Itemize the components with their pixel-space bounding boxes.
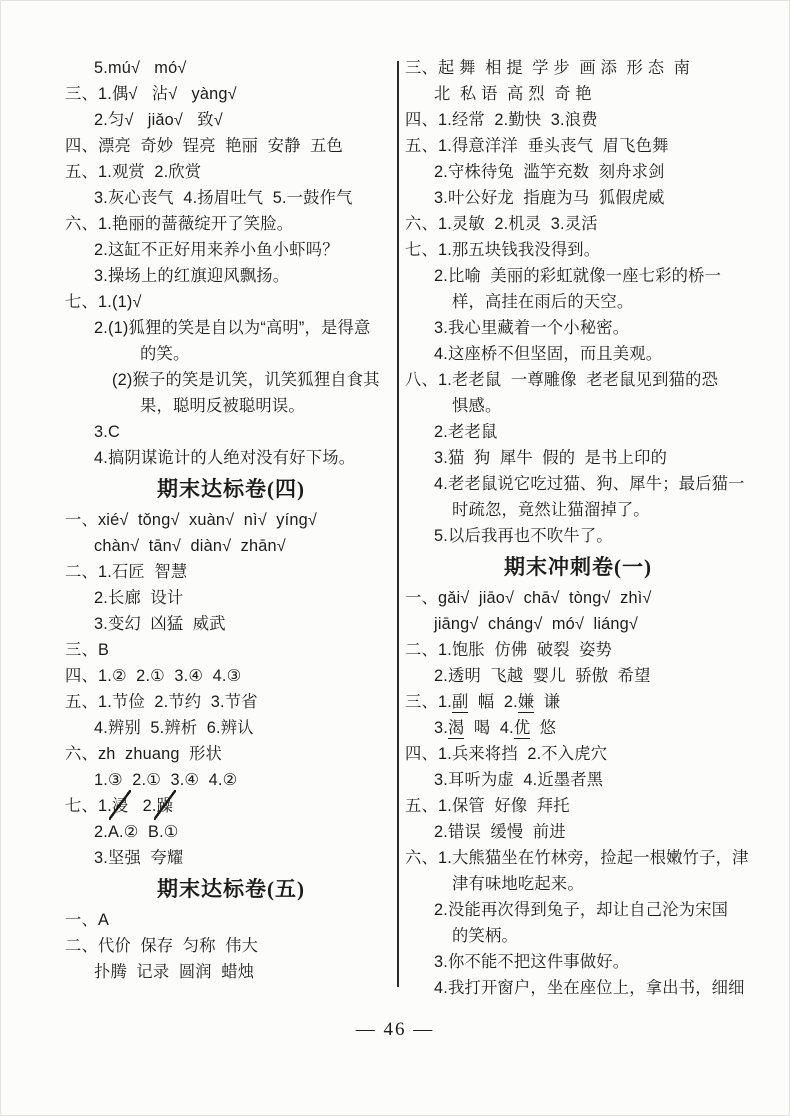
answer-line: 五、1.得意洋洋 垂头丧气 眉飞色舞: [405, 133, 751, 159]
underlined-answer: 副: [452, 692, 468, 713]
answer-line: 2.没能再次得到兔子，却让自己沦为宋国: [405, 897, 751, 923]
answers-column-right: 三、起 舞 相 提 学 步 画 添 形 态 南北 私 语 高 烈 奇 艳四、1.…: [405, 55, 751, 1001]
answer-line: 四、漂亮 奇妙 锃亮 艳丽 安静 五色: [65, 133, 397, 159]
answer-line: 4.这座桥不但坚固，而且美观。: [405, 341, 751, 367]
answer-line: (2)猴子的笑是讥笑，讥笑狐狸自食其: [65, 367, 397, 393]
answer-line: 三、B: [65, 637, 397, 663]
answer-line: 四、1.兵来将挡 2.不入虎穴: [405, 741, 751, 767]
answer-line: 一、gǎi√ jiāo√ chā√ tòng√ zhì√: [405, 585, 751, 611]
answer-line: 3.C: [65, 419, 397, 445]
answer-line: 一、A: [65, 907, 397, 933]
answer-line: 4.老老鼠说它吃过猫、狗、犀牛；最后猫一: [405, 471, 751, 497]
page-number: — 46 —: [1, 1019, 789, 1041]
answer-line: 北 私 语 高 烈 奇 艳: [405, 81, 751, 107]
answer-line: 五、1.节俭 2.节约 3.节省: [65, 689, 397, 715]
answer-line: 二、代价 保存 匀称 伟大: [65, 933, 397, 959]
answer-text: 三、1.: [405, 693, 452, 711]
answer-line: 2.比喻 美丽的彩虹就像一座七彩的桥一: [405, 263, 751, 289]
answer-text: 悠: [530, 719, 556, 737]
answer-line: 4.我打开窗户，坐在座位上，拿出书，细细: [405, 975, 751, 1001]
answer-line: 的笑柄。: [405, 923, 751, 949]
answer-line: 2.守株待兔 滥竽充数 刻舟求剑: [405, 159, 751, 185]
answer-line: 八、1.老老鼠 一尊雕像 老老鼠见到猫的恐: [405, 367, 751, 393]
underlined-answer: 嫌: [518, 692, 534, 713]
answer-line: 4.辨别 5.辨析 6.辨认: [65, 715, 397, 741]
answer-line: 3.灰心丧气 4.扬眉吐气 5.一鼓作气: [65, 185, 397, 211]
answer-line: 三、1.副 幅 2.嫌 谦: [405, 689, 751, 715]
answer-line: chàn√ tān√ diàn√ zhān√: [65, 533, 397, 559]
answer-line: 果，聪明反被聪明误。: [65, 393, 397, 419]
answer-line: 3.你不能不把这件事做好。: [405, 949, 751, 975]
section-heading: 期末达标卷(五): [65, 873, 397, 906]
answer-line: 六、1.大熊猫坐在竹林旁，捡起一根嫩竹子，津: [405, 845, 751, 871]
answer-line: 2.这缸不正好用来养小鱼小虾吗？: [65, 237, 397, 263]
crossed-out-answer: 躁: [157, 793, 173, 819]
crossed-out-answer: 浸: [112, 793, 128, 819]
answer-text: 2.: [128, 797, 156, 815]
answer-line: 七、1.(1)√: [65, 289, 397, 315]
answer-line: 的笑。: [65, 341, 397, 367]
answer-line: 惧感。: [405, 393, 751, 419]
answer-line: 二、1.饱胀 仿佛 破裂 姿势: [405, 637, 751, 663]
answer-line: 六、zh zhuang 形状: [65, 741, 397, 767]
answer-line: 四、1.经常 2.勤快 3.浪费: [405, 107, 751, 133]
answer-line: 2.透明 飞越 婴儿 骄傲 希望: [405, 663, 751, 689]
answer-line: 三、起 舞 相 提 学 步 画 添 形 态 南: [405, 55, 751, 81]
answer-line: 2.A.② B.①: [65, 819, 397, 845]
underlined-answer: 优: [514, 718, 530, 739]
section-heading: 期末达标卷(四): [65, 473, 397, 506]
answer-line: 2.(1)狐狸的笑是自以为“高明”，是得意: [65, 315, 397, 341]
answer-line: 3.猫 狗 犀牛 假的 是书上印的: [405, 445, 751, 471]
answer-line: 5.以后我再也不吹牛了。: [405, 523, 751, 549]
section-heading: 期末冲刺卷(一): [405, 551, 751, 584]
answer-line: 2.长廊 设计: [65, 585, 397, 611]
answer-line: 2.错误 缓慢 前进: [405, 819, 751, 845]
answer-line: 4.搞阴谋诡计的人绝对没有好下场。: [65, 445, 397, 471]
answers-column-left: 5.mú√ mó√三、1.偶√ 沾√ yàng√2.匀√ jiǎo√ 致√四、漂…: [65, 55, 397, 985]
answer-line: 五、1.观赏 2.欣赏: [65, 159, 397, 185]
answer-line: 三、1.偶√ 沾√ yàng√: [65, 81, 397, 107]
answer-line: 5.mú√ mó√: [65, 55, 397, 81]
answer-text: 幅 2.: [468, 693, 517, 711]
answer-line: 3.坚强 夸耀: [65, 845, 397, 871]
answer-key-page: 5.mú√ mó√三、1.偶√ 沾√ yàng√2.匀√ jiǎo√ 致√四、漂…: [0, 0, 790, 1116]
answer-text: 谦: [534, 693, 560, 711]
answer-text: 喝 4.: [464, 719, 513, 737]
answer-line: 3.变幻 凶猛 威武: [65, 611, 397, 637]
answer-line: 2.老老鼠: [405, 419, 751, 445]
answer-line: 3.我心里藏着一个小秘密。: [405, 315, 751, 341]
column-divider: [397, 61, 399, 987]
answer-line: 1.③ 2.① 3.④ 4.②: [65, 767, 397, 793]
answer-line: 2.匀√ jiǎo√ 致√: [65, 107, 397, 133]
answer-line: 3.耳听为虚 4.近墨者黑: [405, 767, 751, 793]
answer-text: 3.: [434, 719, 448, 737]
answer-line: 六、1.艳丽的蔷薇绽开了笑脸。: [65, 211, 397, 237]
answer-line: 六、1.灵敏 2.机灵 3.灵活: [405, 211, 751, 237]
answer-line: 七、1.浸 2.躁: [65, 793, 397, 819]
answer-line: 3.操场上的红旗迎风飘扬。: [65, 263, 397, 289]
answer-line: 五、1.保管 好像 拜托: [405, 793, 751, 819]
answer-line: 七、1.那五块钱我没得到。: [405, 237, 751, 263]
answer-line: 扑腾 记录 圆润 蜡烛: [65, 959, 397, 985]
answer-line: 3.叶公好龙 指鹿为马 狐假虎威: [405, 185, 751, 211]
answer-line: jiāng√ cháng√ mó√ liáng√: [405, 611, 751, 637]
answer-line: 四、1.② 2.① 3.④ 4.③: [65, 663, 397, 689]
underlined-answer: 渴: [448, 718, 464, 739]
answer-line: 一、xié√ tǒng√ xuàn√ nì√ yíng√: [65, 507, 397, 533]
answer-line: 样，高挂在雨后的天空。: [405, 289, 751, 315]
answer-line: 津有味地吃起来。: [405, 871, 751, 897]
answer-line: 二、1.石匠 智慧: [65, 559, 397, 585]
answer-line: 时疏忽，竟然让猫溜掉了。: [405, 497, 751, 523]
answer-line: 3.渴 喝 4.优 悠: [405, 715, 751, 741]
answer-text: 七、1.: [65, 797, 112, 815]
